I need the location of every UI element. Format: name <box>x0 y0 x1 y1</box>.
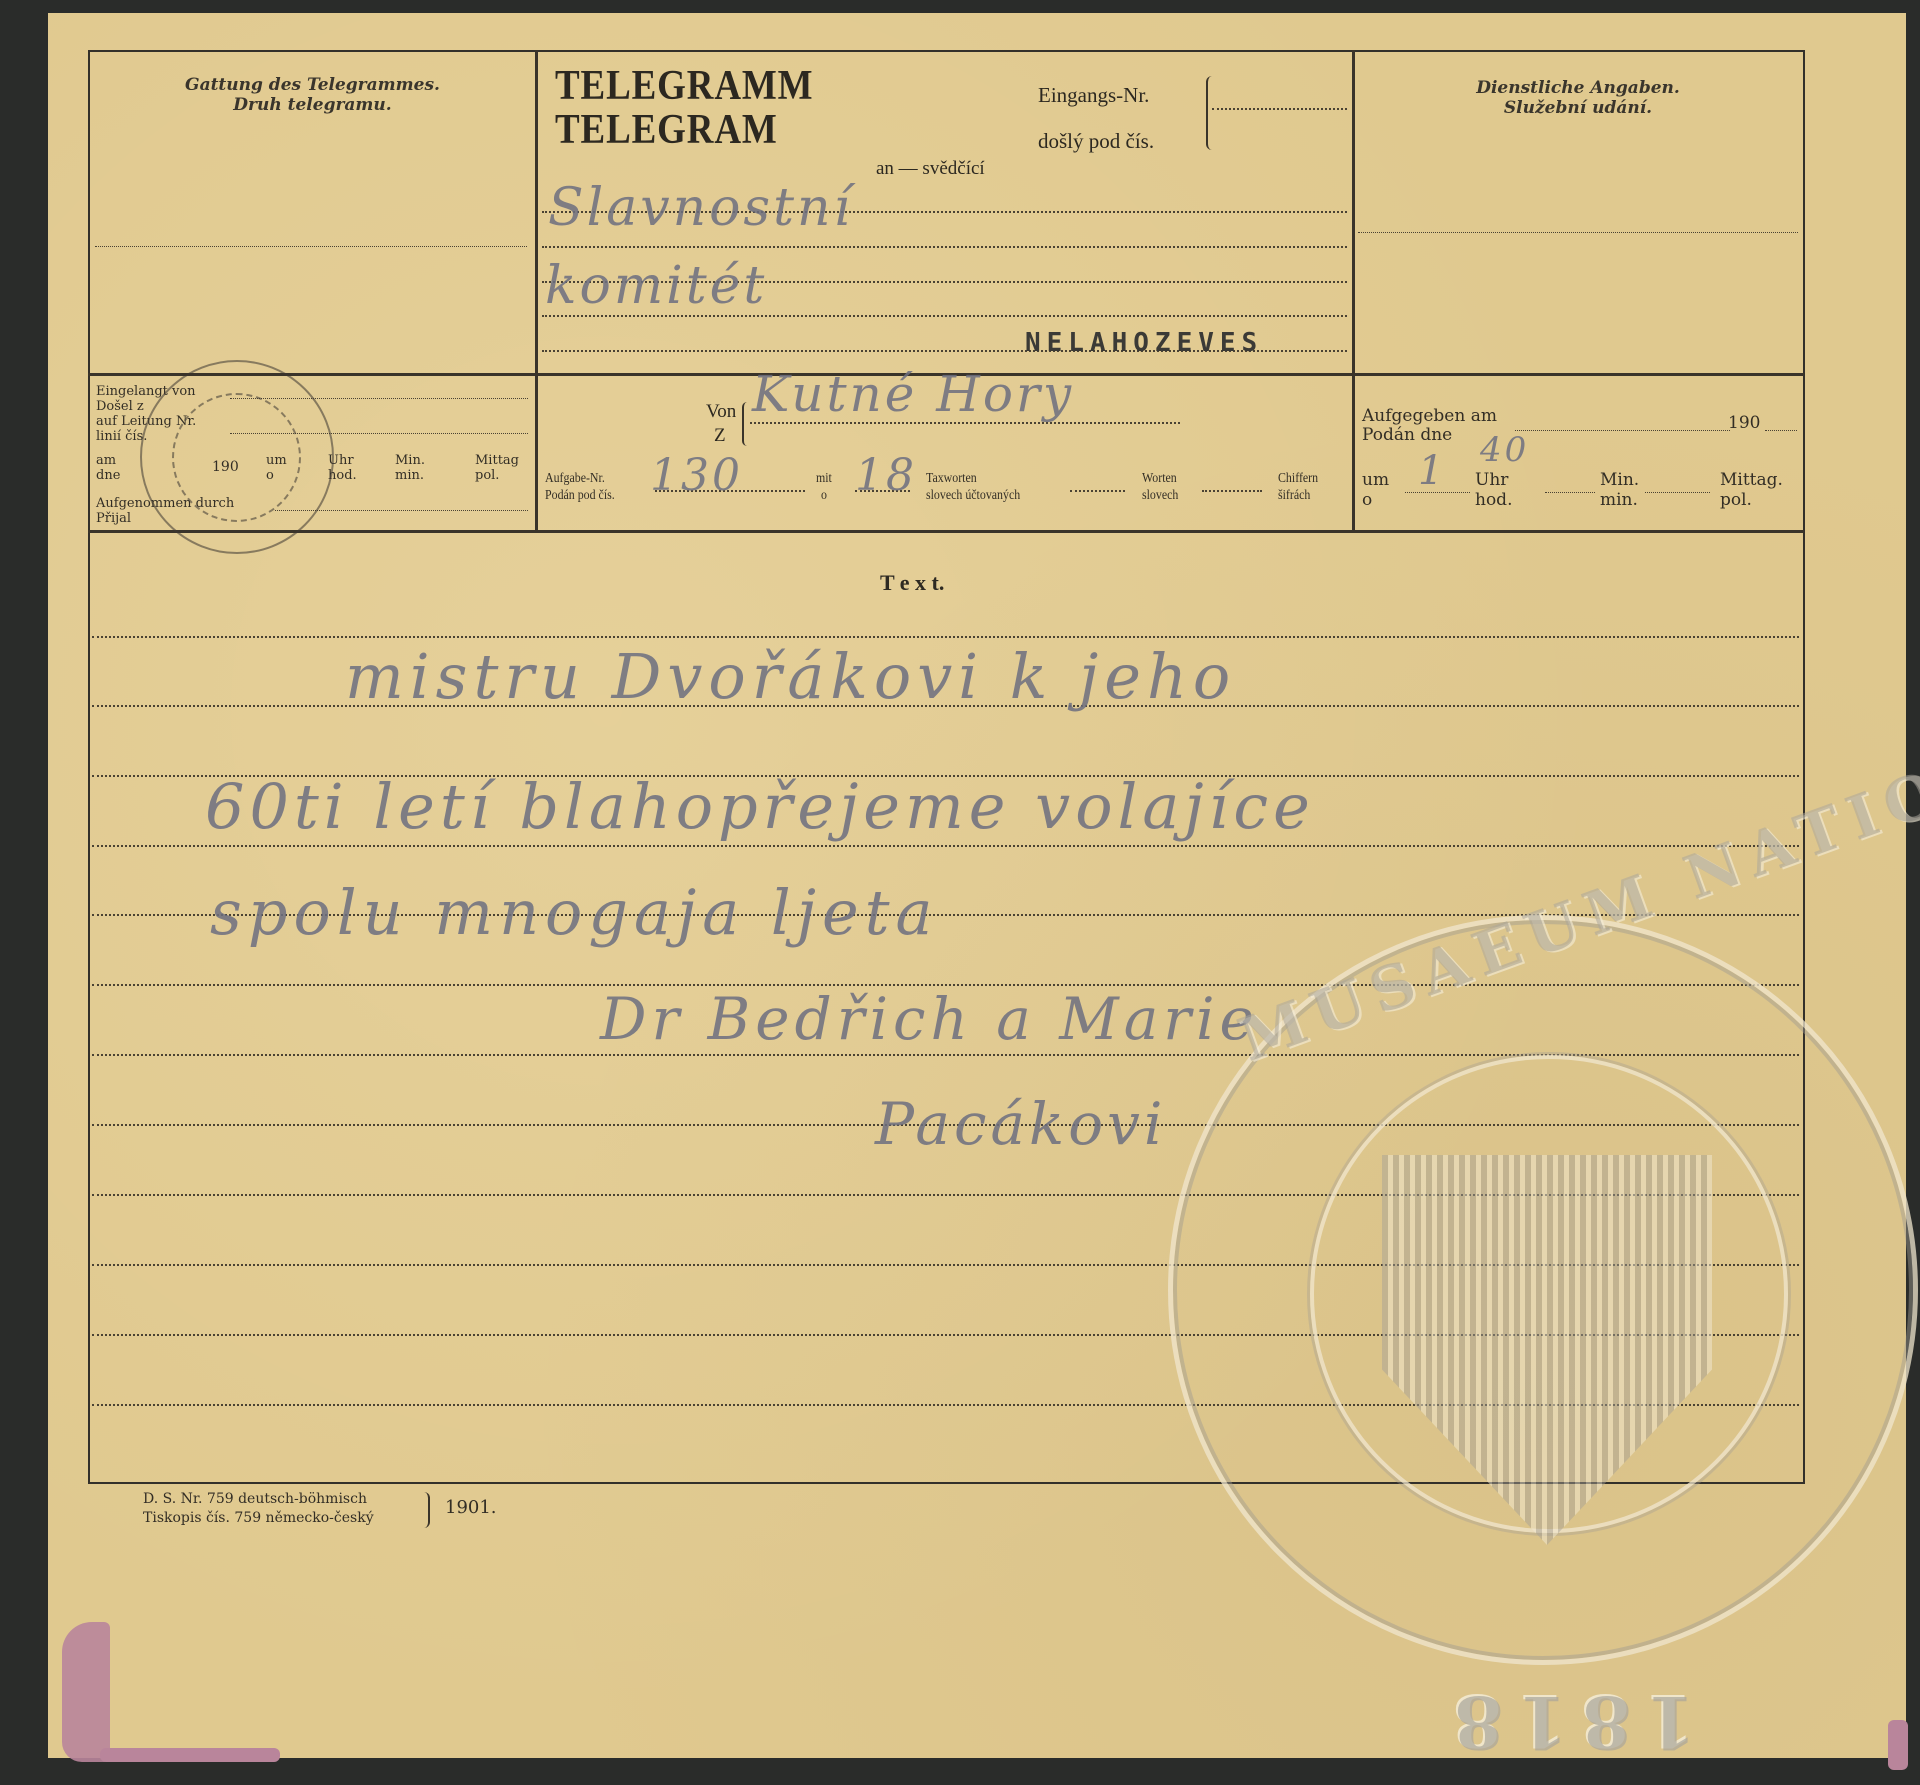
divider <box>535 50 538 532</box>
service-field-line <box>1358 232 1798 233</box>
place-stamp: NELAHOZEVES <box>1025 328 1263 358</box>
ink-stain <box>62 1622 110 1762</box>
telegram-title: TELEGRAMM TELEGRAM <box>555 64 813 152</box>
origin-label: Von Z <box>706 400 736 448</box>
tax-words-field <box>1070 490 1125 492</box>
submitted-year-field <box>1765 430 1797 431</box>
received-noon-unit: Mittag pol. <box>475 453 519 483</box>
entry-number-label: Eingangs-Nr. došlý pod čís. <box>1038 72 1154 164</box>
submitted-noon-unit: Mittag. pol. <box>1720 470 1783 510</box>
addressee-line-2: komitét <box>545 256 767 316</box>
submitted-noon-field <box>1645 492 1710 493</box>
form-number: D. S. Nr. 759 deutsch-böhmisch Tiskopis … <box>143 1490 374 1528</box>
received-date-label: am dne <box>96 453 120 483</box>
text-line <box>92 636 1799 638</box>
words-field <box>1202 490 1262 492</box>
addressee-line <box>542 246 1347 248</box>
tax-words-label: Taxworten slovech účtovaných <box>926 470 1020 504</box>
submission-number-value: 130 <box>650 450 743 501</box>
submitted-hour-unit: Uhr hod. <box>1475 470 1512 510</box>
telegram-type-label: Gattung des Telegrammes. Druh telegramu. <box>95 75 530 115</box>
message-line-5: Pacákovi <box>875 1090 1166 1158</box>
addressee-label: an — svědčící <box>876 158 985 180</box>
entry-number-field <box>1212 108 1347 110</box>
cipher-label: Chiffern šifrách <box>1278 470 1318 504</box>
submitted-year: 190 <box>1728 416 1760 431</box>
divider <box>88 530 1804 533</box>
received-min-unit: Min. min. <box>395 453 425 483</box>
words-label: Worten slovech <box>1142 470 1178 504</box>
origin-place: Kutné Hory <box>752 365 1074 423</box>
ink-stain <box>1888 1720 1908 1770</box>
origin-brace <box>742 402 749 446</box>
divider <box>1352 50 1355 532</box>
message-line-2: 60ti letí blahopřejeme volajíce <box>205 770 1315 843</box>
submission-number-label: Aufgabe-Nr. Podán pod čís. <box>545 470 615 504</box>
submitted-min-value: 40 <box>1480 430 1529 470</box>
addressee-line-1: Slavnostní <box>548 178 853 238</box>
message-line-3: spolu mnogaja ljeta <box>210 876 939 949</box>
submitted-hour-value: 1 <box>1418 448 1446 494</box>
submitted-min-field <box>1545 492 1595 493</box>
form-year: 1901. <box>445 1500 497 1515</box>
mit-label: mit o <box>816 470 832 504</box>
postmark-inner-ring <box>172 393 301 522</box>
text-line <box>92 845 1799 847</box>
type-field-line <box>95 246 527 247</box>
message-line-1: mistru Dvořákovi k jeho <box>345 640 1236 713</box>
message-line-4: Dr Bedřich a Marie <box>600 985 1259 1053</box>
ink-stain <box>100 1748 280 1762</box>
word-count-value: 18 <box>855 450 917 501</box>
submitted-date-label: Aufgegeben am Podán dne <box>1362 407 1497 445</box>
footer-brace <box>422 1492 430 1528</box>
seal-year: 1818 <box>1440 1680 1696 1765</box>
submitted-date-field <box>1515 430 1730 431</box>
service-info-label: Dienstliche Angaben. Služební udání. <box>1358 78 1798 118</box>
submitted-um: um o <box>1362 470 1389 510</box>
submitted-min-unit: Min. min. <box>1600 470 1639 510</box>
entry-brace <box>1206 76 1214 150</box>
text-heading: T e x t. <box>880 570 944 596</box>
